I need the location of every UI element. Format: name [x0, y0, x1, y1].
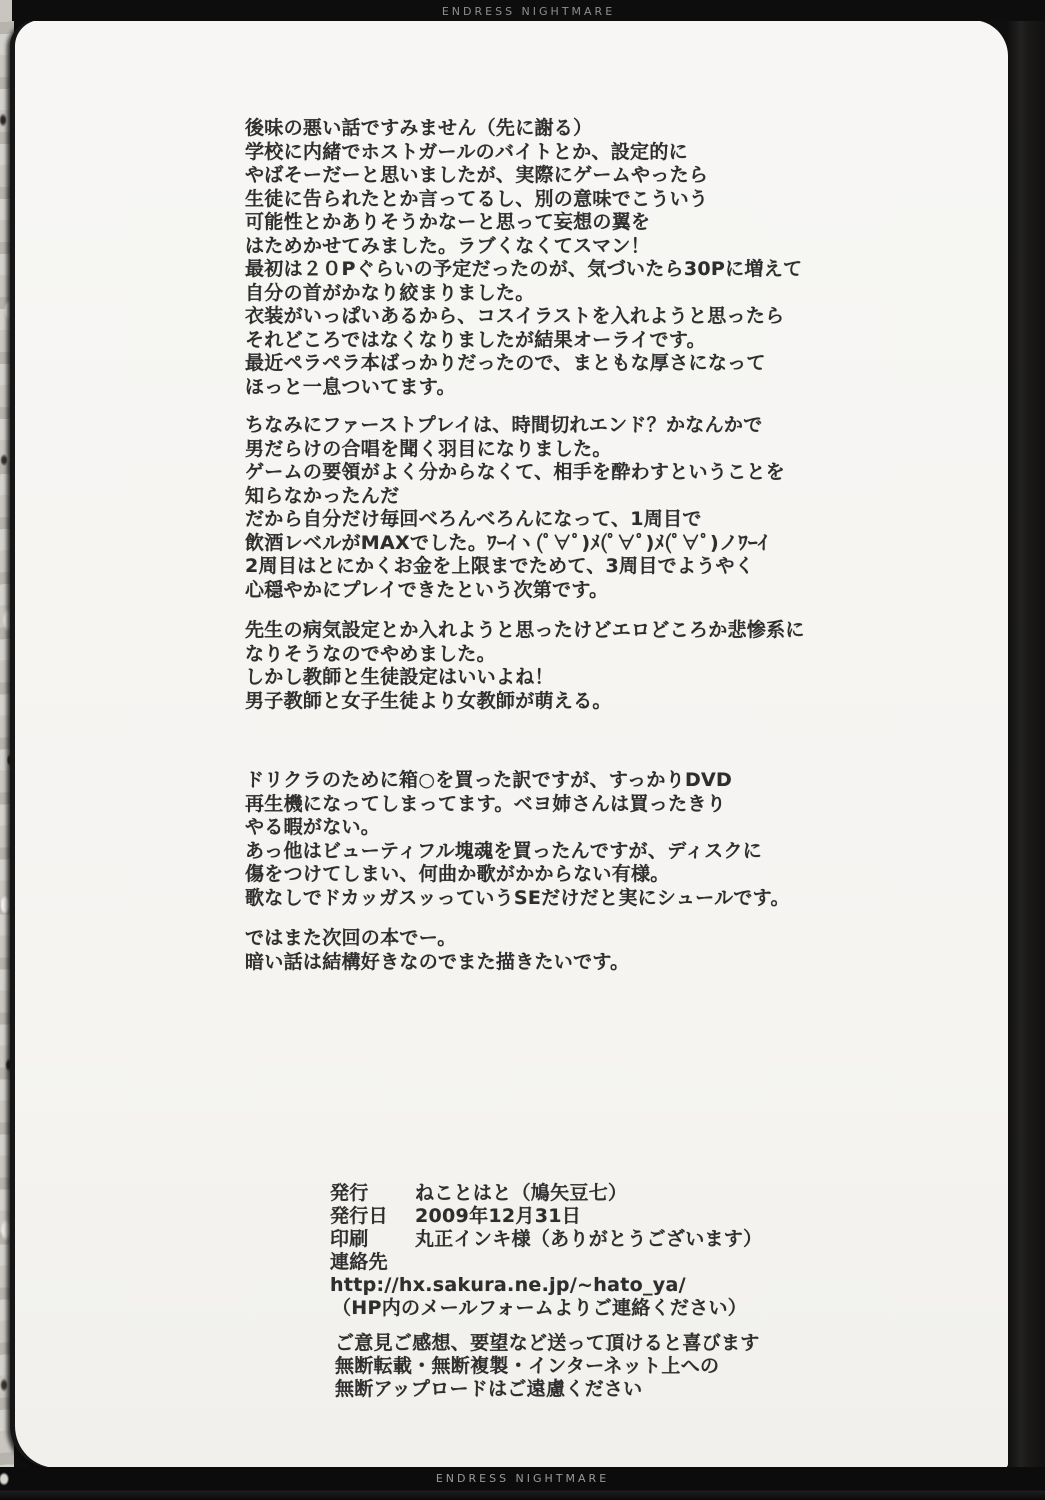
text-line: 衣装がいっぱいあるから、コスイラストを入れようと思ったら — [245, 305, 805, 329]
text-line: やばそーだーと思いましたが、実際にゲームやったら — [245, 164, 805, 188]
text-line: 可能性とかありそうかなーと思って妄想の翼を — [245, 211, 805, 235]
text-line: はためかせてみました。ラブくなくてスマン！ — [245, 235, 805, 259]
colophon-row-printer: 印刷 丸正インキ様（ありがとうございます） — [330, 1228, 762, 1251]
text-line: 自分の首がかなり絞まりました。 — [245, 282, 805, 306]
colophon-row-publisher: 発行 ねことはと（鳩矢豆七） — [330, 1182, 762, 1205]
paragraph-first-play: ちなみにファーストプレイは、時間切れエンド？かなんかで 男だらけの合唱を聞く羽目… — [245, 414, 805, 602]
text-line: 最初は２０Pぐらいの予定だったのが、気づいたら30Pに増えて — [245, 258, 805, 282]
contact-label: 連絡先 — [330, 1251, 762, 1274]
paragraph-closing: ではまた次回の本でー。 暗い話は結構好きなのでまた描きたいです。 — [245, 927, 805, 974]
top-border-bar: ENDRESS NIGHTMARE — [12, 0, 1045, 21]
paragraph-intro: 後味の悪い話ですみません（先に謝る） 学校に内緒でホストガールのバイトとか、設定… — [245, 117, 805, 399]
colophon-row-date: 発行日 2009年12月31日 — [330, 1205, 762, 1228]
feedback-and-copyright-notes: ご意見ご感想、要望など送って頂けると喜びます 無断転載・無断複製・インターネット… — [335, 1332, 762, 1401]
text-line: ご意見ご感想、要望など送って頂けると喜びます — [335, 1332, 762, 1355]
text-line: 学校に内緒でホストガールのバイトとか、設定的に — [245, 141, 805, 165]
colophon-label: 発行 — [330, 1182, 415, 1205]
text-line: ちなみにファーストプレイは、時間切れエンド？かなんかで — [245, 414, 805, 438]
scanned-page: 後味の悪い話ですみません（先に謝る） 学校に内緒でホストガールのバイトとか、設定… — [15, 20, 1008, 1468]
contact-note: （HP内のメールフォームよりご連絡ください） — [332, 1297, 762, 1320]
text-line: 心穏やかにプレイできたという次第です。 — [245, 579, 805, 603]
text-line: それどころではなくなりましたが結果オーライです。 — [245, 329, 805, 353]
text-line: ほっと一息ついてます。 — [245, 376, 805, 400]
colophon-label: 発行日 — [330, 1205, 415, 1228]
text-line: 歌なしでドカッガスッっていうSEだけだと実にシュールです。 — [245, 887, 805, 911]
text-line: 男子教師と女子生徒より女教師が萌える。 — [245, 690, 805, 714]
paragraph-games: ドリクラのために箱○を買った訳ですが、すっかりDVD 再生機になってしまってます… — [245, 769, 805, 910]
text-line: 無断アップロードはご遠慮ください — [335, 1378, 762, 1401]
website-url: http://hx.sakura.ne.jp/~hato_ya/ — [330, 1274, 762, 1297]
afterword-text: 後味の悪い話ですみません（先に謝る） 学校に内緒でホストガールのバイトとか、設定… — [245, 117, 805, 974]
text-line: 生徒に告られたとか言ってるし、別の意味でこういう — [245, 188, 805, 212]
paragraph-teacher-setting: 先生の病気設定とか入れようと思ったけどエロどころか悲惨系に なりそうなのでやめま… — [245, 619, 805, 713]
text-line: 飲酒レベルがMAXでした。ﾜｰｲヽ(ﾟ∀ﾟ)ﾒ(ﾟ∀ﾟ)ﾒ(ﾟ∀ﾟ)ノﾜｰｲ — [245, 532, 805, 556]
text-line: 知らなかったんだ — [245, 485, 805, 509]
text-line: 暗い話は結構好きなのでまた描きたいです。 — [245, 951, 805, 975]
text-line: あっ他はビューティフル塊魂を買ったんですが、ディスクに — [245, 840, 805, 864]
right-scan-border — [1008, 0, 1045, 1500]
colophon-label: 印刷 — [330, 1228, 415, 1251]
text-line: 先生の病気設定とか入れようと思ったけどエロどころか悲惨系に — [245, 619, 805, 643]
text-line: 男だらけの合唱を聞く羽目になりました。 — [245, 438, 805, 462]
text-line: 最近ペラペラ本ばっかりだったので、まともな厚さになって — [245, 352, 805, 376]
colophon-value: 丸正インキ様（ありがとうございます） — [415, 1228, 762, 1251]
bottom-border-bar: ENDRESS NIGHTMARE — [0, 1467, 1045, 1500]
text-line: ではまた次回の本でー。 — [245, 927, 805, 951]
text-line: 再生機になってしまってます。ベヨ姉さんは買ったきり — [245, 793, 805, 817]
text-line: 傷をつけてしまい、何曲か歌がかからない有様。 — [245, 863, 805, 887]
footer-series-title: ENDRESS NIGHTMARE — [436, 1467, 609, 1486]
colophon-value: ねことはと（鳩矢豆七） — [415, 1182, 627, 1205]
text-line: やる暇がない。 — [245, 816, 805, 840]
book-edge-texture — [0, 0, 14, 1500]
text-line: 2周目はとにかくお金を上限までためて、3周目でようやく — [245, 555, 805, 579]
text-line: 無断転載・無断複製・インターネット上への — [335, 1355, 762, 1378]
text-line: 後味の悪い話ですみません（先に謝る） — [245, 117, 805, 141]
header-series-title: ENDRESS NIGHTMARE — [442, 2, 615, 22]
colophon-value: 2009年12月31日 — [415, 1205, 581, 1228]
colophon: 発行 ねことはと（鳩矢豆七） 発行日 2009年12月31日 印刷 丸正インキ様… — [330, 1182, 762, 1401]
scan-artifact-mark — [0, 1470, 12, 1488]
text-line: だから自分だけ毎回べろんべろんになって、1周目で — [245, 508, 805, 532]
text-line: なりそうなのでやめました。 — [245, 643, 805, 667]
text-line: しかし教師と生徒設定はいいよね！ — [245, 666, 805, 690]
text-line: ゲームの要領がよく分からなくて、相手を酔わすということを — [245, 461, 805, 485]
text-line: ドリクラのために箱○を買った訳ですが、すっかりDVD — [245, 769, 805, 793]
